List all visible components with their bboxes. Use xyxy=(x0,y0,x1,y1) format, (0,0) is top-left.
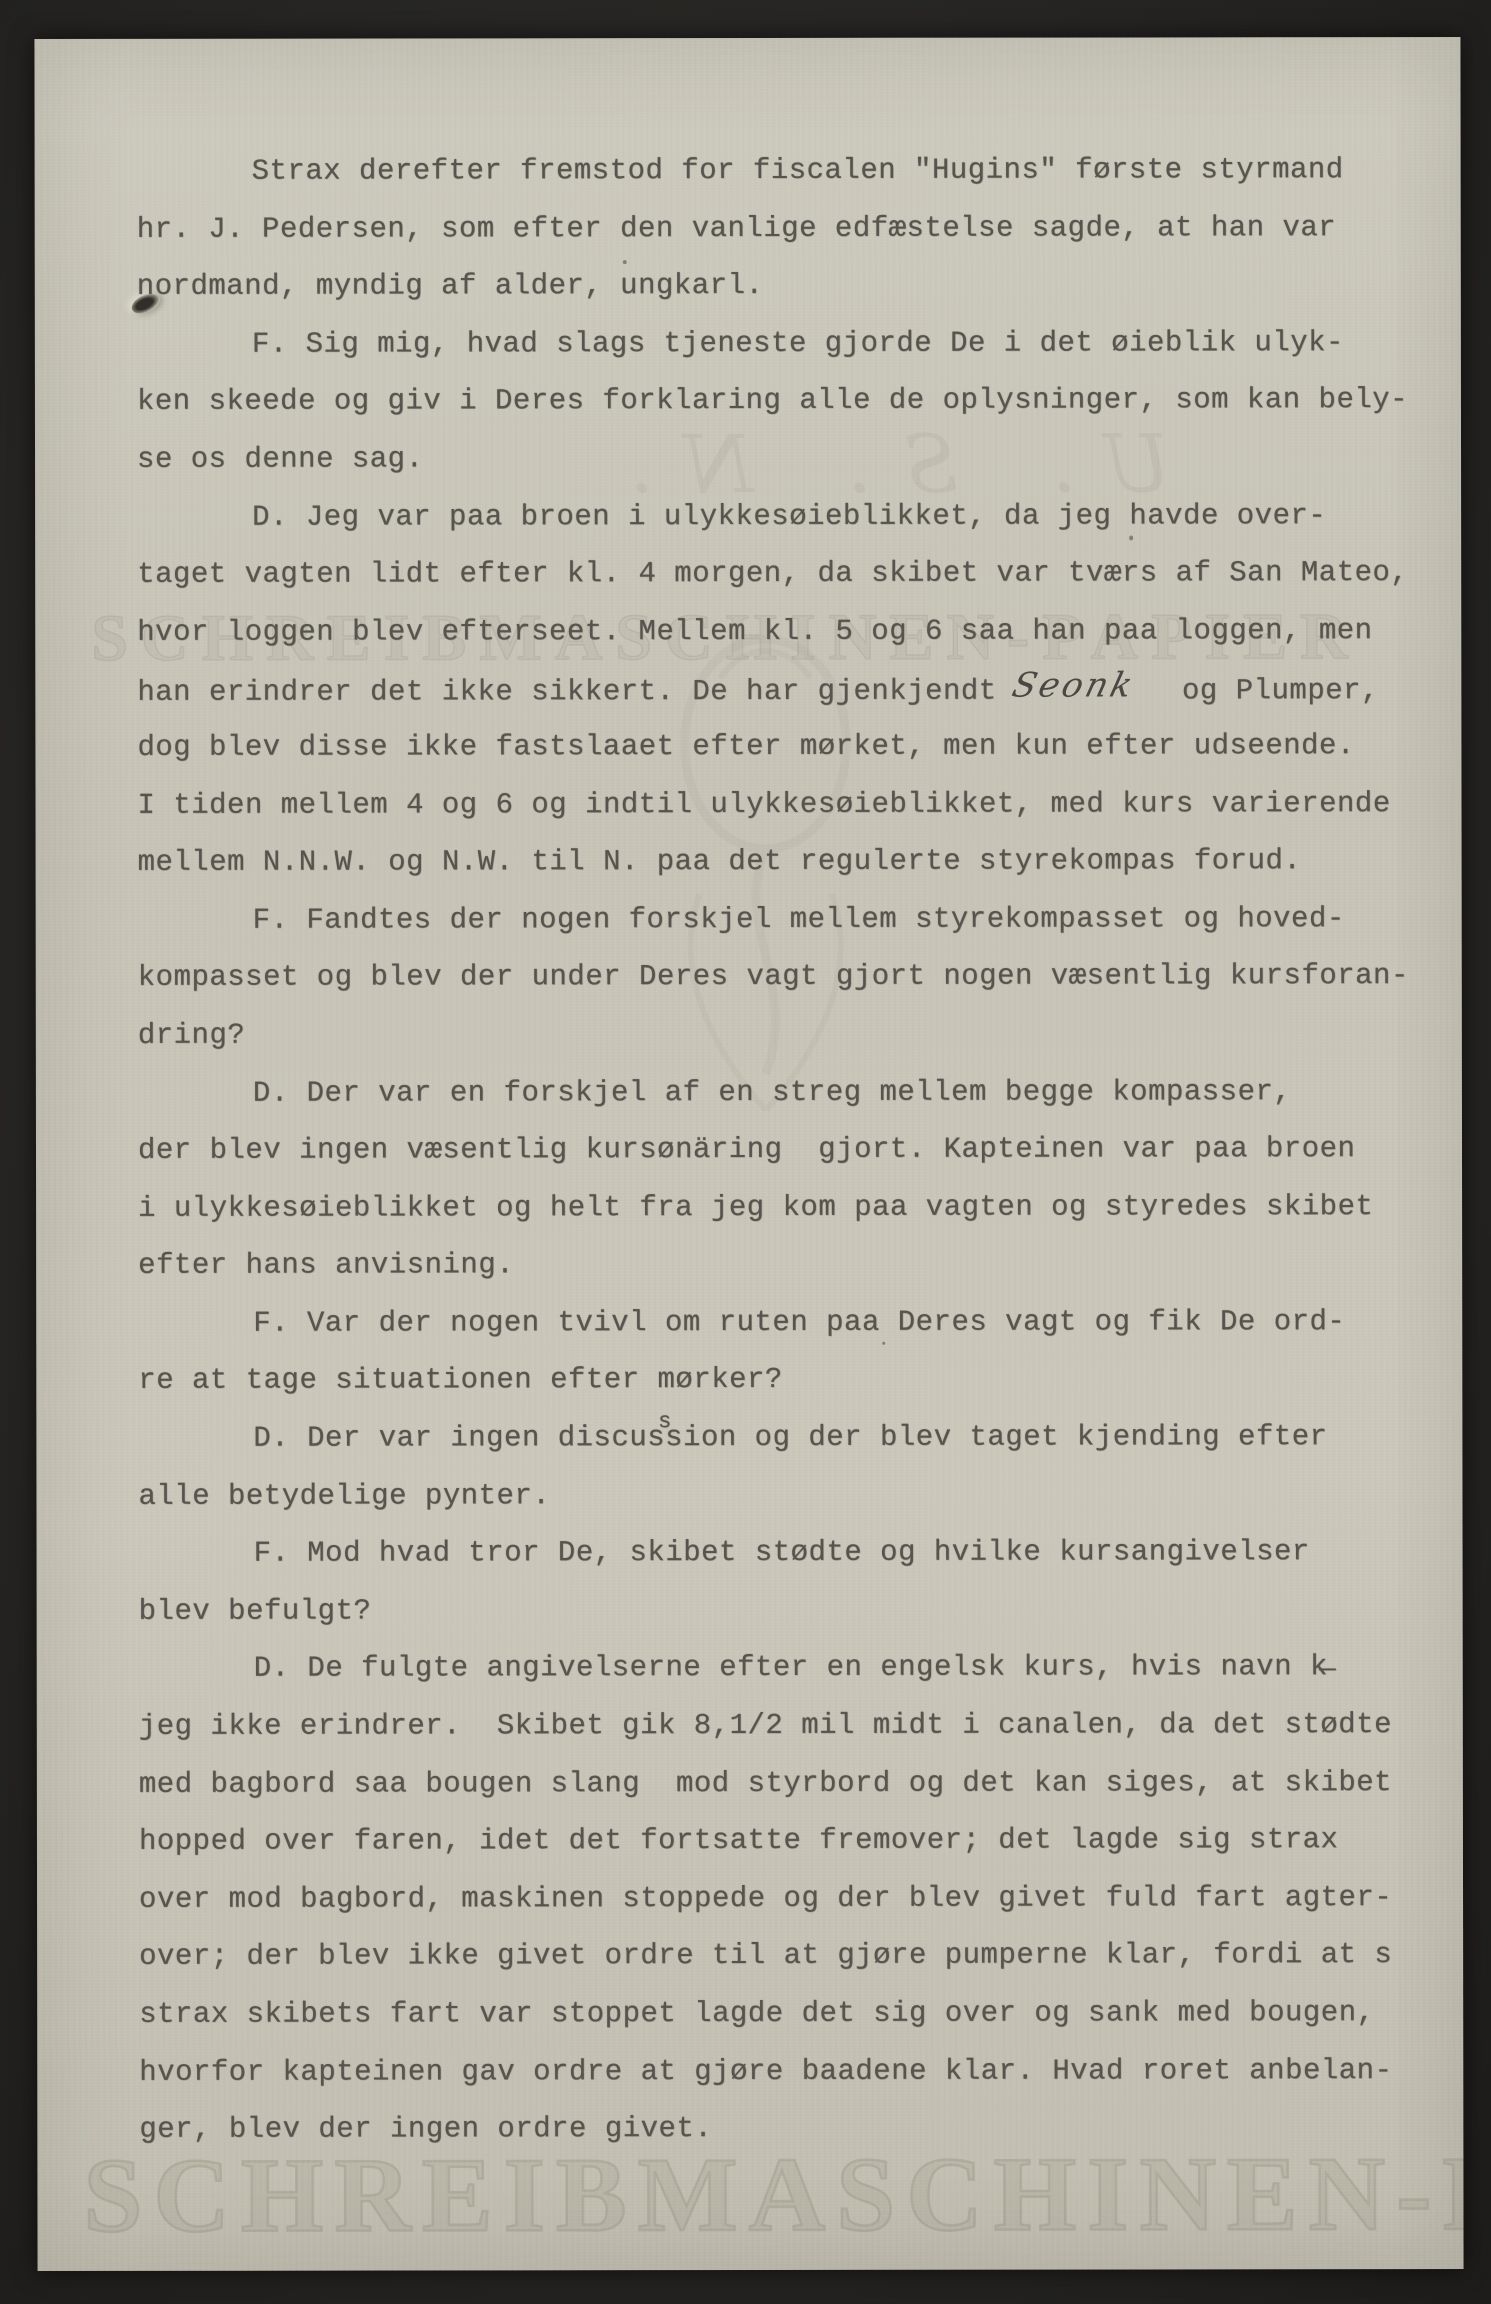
typed-line: mellem N.N.W. og N.W. til N. paa det reg… xyxy=(138,832,1428,891)
typed-line: blev befulgt? xyxy=(139,1581,1429,1640)
typed-segment: nordmand, myndig af alder, ungkarl. xyxy=(137,269,764,303)
typed-segment: hr. J. Pedersen, som efter den vanlige e… xyxy=(137,211,1337,246)
typed-text-body: Strax derefter fremstod for fiscalen "Hu… xyxy=(137,141,1430,2159)
typed-segment: I tiden mellem 4 og 6 og indtil ulykkesø… xyxy=(137,787,1390,822)
typed-segment: F. Fandtes der nogen forskjel mellem sty… xyxy=(253,902,1345,937)
typed-segment: F. Sig mig, hvad slags tjeneste gjorde D… xyxy=(252,326,1344,361)
typed-segment: efter hans anvisning. xyxy=(138,1249,514,1283)
typed-segment: D. Der var ingen discus xyxy=(253,1421,665,1455)
typed-segment: taget vagten lidt efter kl. 4 morgen, da… xyxy=(137,556,1408,591)
typed-segment: og Plumper, xyxy=(1164,674,1379,707)
typed-line: over; der blev ikke givet ordre til at g… xyxy=(139,1926,1429,1985)
typed-segment: han erindrer det ikke sikkert. De har gj… xyxy=(137,675,996,709)
typed-line: efter hans anvisning. xyxy=(138,1235,1428,1294)
typed-line: re at tage situationen efter mørker? xyxy=(138,1351,1428,1410)
typed-line: D. De fulgte angivelserne efter en engel… xyxy=(139,1638,1429,1697)
typed-segment: der blev ingen væsentlig kursønäring gjo… xyxy=(138,1132,1355,1167)
typed-segment: strax skibets fart var stoppet lagde det… xyxy=(139,1996,1374,2031)
typed-segment: over mod bagbord, maskinen stoppede og d… xyxy=(139,1881,1392,1916)
typed-line: hvorfor kapteinen gav ordre at gjøre baa… xyxy=(139,2042,1429,2101)
typed-segment: jeg ikke erindrer. Skibet gik 8,1/2 mil … xyxy=(139,1708,1392,1743)
typed-segment: se os denne sag. xyxy=(137,442,423,475)
typed-line: alle betydelige pynter. xyxy=(138,1466,1428,1525)
typed-line: F. Var der nogen tvivl om ruten paa Dere… xyxy=(138,1293,1428,1352)
typed-line: kompasset og blev der under Deres vagt g… xyxy=(138,947,1428,1006)
typed-segment: ken skeede og giv i Deres forklaring all… xyxy=(137,383,1408,418)
typed-line: hopped over faren, idet det fortsatte fr… xyxy=(139,1811,1429,1870)
typed-segment: i ulykkesøieblikket og helt fra jeg kom … xyxy=(138,1190,1373,1225)
typed-line: I tiden mellem 4 og 6 og indtil ulykkesø… xyxy=(137,775,1427,834)
typed-line: hr. J. Pedersen, som efter den vanlige e… xyxy=(137,199,1427,258)
typed-segment: hvorfor kapteinen gav ordre at gjøre baa… xyxy=(139,2054,1392,2089)
typed-line: Strax derefter fremstod for fiscalen "Hu… xyxy=(137,141,1427,200)
typed-line: han erindrer det ikke sikkert. De har gj… xyxy=(137,659,1427,718)
typed-segment: alle betydelige pynter. xyxy=(138,1479,550,1513)
typed-segment: sion og der blev taget kjending efter xyxy=(665,1420,1327,1454)
typed-segment: re at tage situationen efter mørker? xyxy=(138,1363,783,1397)
typed-line: F. Mod hvad tror De, skibet stødte og hv… xyxy=(139,1523,1429,1582)
typed-segment: ger, blev der ingen ordre givet. xyxy=(139,2112,712,2146)
typed-segment: mellem N.N.W. og N.W. til N. paa det reg… xyxy=(138,844,1302,879)
typed-line: taget vagten lidt efter kl. 4 morgen, da… xyxy=(137,544,1427,603)
typed-line: F. Fandtes der nogen forskjel mellem sty… xyxy=(138,890,1428,949)
typed-line: over mod bagbord, maskinen stoppede og d… xyxy=(139,1869,1429,1928)
typed-line: strax skibets fart var stoppet lagde det… xyxy=(139,1984,1429,2043)
typed-line: ken skeede og giv i Deres forklaring all… xyxy=(137,371,1427,430)
typed-line: ger, blev der ingen ordre givet. xyxy=(139,2099,1429,2158)
typed-line: nordmand, myndig af alder, ungkarl. xyxy=(137,256,1427,315)
typed-line: med bagbord saa bougen slang mod styrbor… xyxy=(139,1754,1429,1813)
typed-line: jeg ikke erindrer. Skibet gik 8,1/2 mil … xyxy=(139,1696,1429,1755)
scanner-background: U. S. N. SCHREIBMASCHINEN-PAPIER SCHREIB… xyxy=(0,0,1491,2304)
typed-segment: D. Der var en forskjel af en streg melle… xyxy=(253,1075,1291,1109)
typed-line: dring? xyxy=(138,1005,1428,1064)
typed-line: i ulykkesøieblikket og helt fra jeg kom … xyxy=(138,1178,1428,1237)
typed-segment: over; der blev ikke givet ordre til at g… xyxy=(139,1939,1392,1974)
typed-line: der blev ingen væsentlig kursønäring gjo… xyxy=(138,1120,1428,1179)
typed-segment: hopped over faren, idet det fortsatte fr… xyxy=(139,1823,1339,1858)
typed-segment: D. De fulgte angivelserne efter en engel… xyxy=(254,1651,1328,1685)
typed-line: se os denne sag. xyxy=(137,429,1427,488)
typed-line: D. Der var en forskjel af en streg melle… xyxy=(138,1063,1428,1122)
typed-segment: dog blev disse ikke fastslaaet efter mør… xyxy=(137,729,1354,764)
typed-segment: dring? xyxy=(138,1019,245,1052)
typed-line: D. Jeg var paa broen i ulykkesøieblikket… xyxy=(137,487,1427,546)
typed-segment: med bagbord saa bougen slang mod styrbor… xyxy=(139,1766,1392,1801)
typed-segment: Strax derefter fremstod for fiscalen "Hu… xyxy=(252,153,1344,188)
typed-line: F. Sig mig, hvad slags tjeneste gjorde D… xyxy=(137,314,1427,373)
typed-segment: F. Var der nogen tvivl om ruten paa Dere… xyxy=(253,1305,1345,1340)
typed-segment: kompasset og blev der under Deres vagt g… xyxy=(138,959,1409,994)
typed-line: D. Der var ingen discusssion og der blev… xyxy=(138,1408,1428,1467)
typed-segment: blev befulgt? xyxy=(139,1594,372,1627)
handwritten-word: Seonk xyxy=(990,658,1172,716)
typed-line: hvor loggen blev efterseet. Mellem kl. 5… xyxy=(137,602,1427,661)
typed-segment: F. Mod hvad tror De, skibet stødte og hv… xyxy=(254,1535,1310,1569)
typed-line: dog blev disse ikke fastslaaet efter mør… xyxy=(137,717,1427,776)
typed-segment: D. Jeg var paa broen i ulykkesøieblikket… xyxy=(252,499,1326,533)
paper-sheet: U. S. N. SCHREIBMASCHINEN-PAPIER SCHREIB… xyxy=(34,37,1463,2271)
typed-segment: hvor loggen blev efterseet. Mellem kl. 5… xyxy=(137,614,1372,649)
